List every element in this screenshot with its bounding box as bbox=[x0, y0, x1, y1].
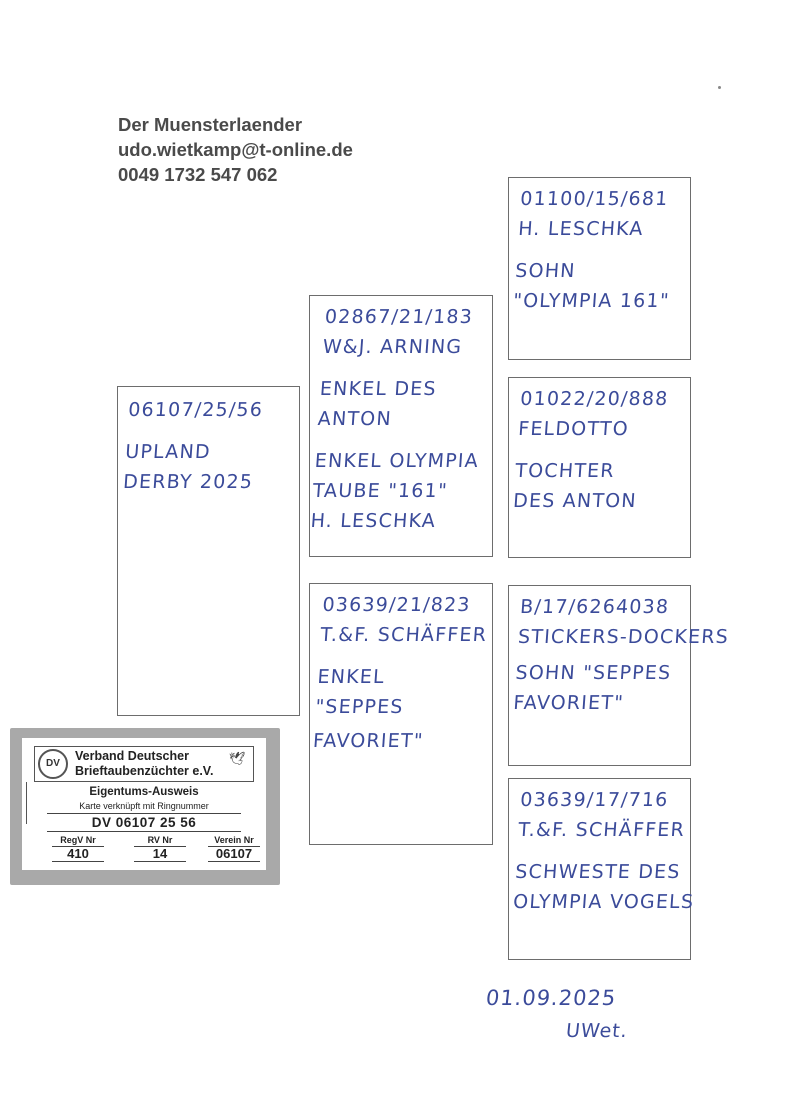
ring-number: 03639/21/823 bbox=[321, 590, 497, 620]
note-line: ANTON bbox=[317, 404, 493, 434]
note-line: SOHN bbox=[514, 256, 689, 286]
breeder: STICKERS-DOCKERS bbox=[517, 622, 692, 652]
card-title: Eigentums-Ausweis bbox=[22, 786, 266, 798]
card-ring-number: DV 06107 25 56 bbox=[47, 813, 241, 832]
pedigree-box-mother-father: B/17/6264038 STICKERS-DOCKERS SOHN "SEPP… bbox=[508, 585, 691, 766]
signature: UWet. bbox=[565, 1020, 629, 1042]
contact-header: Der Muensterlaender udo.wietkamp@t-onlin… bbox=[118, 112, 353, 187]
association-line: Brieftaubenzüchter e.V. bbox=[75, 764, 213, 779]
ring-number: 06107/25/56 bbox=[127, 395, 302, 425]
note-line: ENKEL DES bbox=[319, 374, 495, 404]
card-header: DV Verband Deutscher Brieftaubenzüchter … bbox=[34, 746, 254, 782]
note-line: FAVORIET" bbox=[512, 688, 687, 718]
note-line: "OLYMPIA 161" bbox=[512, 286, 687, 316]
note-line: DES ANTON bbox=[512, 486, 687, 516]
breeder: H. LESCHKA bbox=[517, 214, 692, 244]
note-line: TAUBE "161" bbox=[312, 476, 488, 506]
pedigree-box-mother: 03639/21/823 T.&F. SCHÄFFER ENKEL "SEPPE… bbox=[309, 583, 493, 845]
pedigree-box-father-father: 01100/15/681 H. LESCHKA SOHN "OLYMPIA 16… bbox=[508, 177, 691, 360]
regv-label: RegV Nr bbox=[52, 835, 104, 845]
pigeon-emblem-icon: 🕊 bbox=[229, 752, 249, 766]
note-line: SCHWESTE DES bbox=[514, 857, 689, 887]
pedigree-box-father-mother: 01022/20/888 FELDOTTO TOCHTER DES ANTON bbox=[508, 377, 691, 558]
ring-number: 03639/17/716 bbox=[519, 785, 694, 815]
ring-number: B/17/6264038 bbox=[519, 592, 694, 622]
phone: 0049 1732 547 062 bbox=[118, 162, 353, 187]
pedigree-box-mother-mother: 03639/17/716 T.&F. SCHÄFFER SCHWESTE DES… bbox=[508, 778, 691, 960]
scan-speck bbox=[718, 86, 721, 89]
breeder: T.&F. SCHÄFFER bbox=[319, 620, 495, 650]
email: udo.wietkamp@t-online.de bbox=[118, 137, 353, 162]
note-line: FAVORIET" bbox=[312, 726, 488, 756]
ring-number: 01022/20/888 bbox=[519, 384, 694, 414]
verein-label: Verein Nr bbox=[208, 835, 260, 845]
breeder: W&J. ARNING bbox=[322, 332, 498, 362]
association-line: Verband Deutscher bbox=[75, 749, 213, 764]
card-subtitle: Karte verknüpft mit Ringnummer bbox=[22, 801, 266, 811]
loft-name: Der Muensterlaender bbox=[118, 112, 353, 137]
note-line: H. LESCHKA bbox=[310, 506, 486, 536]
note-line: ENKEL bbox=[316, 662, 492, 692]
note-line: ENKEL OLYMPIA bbox=[314, 446, 490, 476]
note-line: SOHN "SEPPES bbox=[514, 658, 689, 688]
date: 01.09.2025 bbox=[485, 986, 618, 1010]
breeder: T.&F. SCHÄFFER bbox=[517, 815, 692, 845]
verein-value: 06107 bbox=[208, 846, 260, 862]
note-line: OLYMPIA VOGELS bbox=[512, 887, 687, 917]
regv-value: 410 bbox=[52, 846, 104, 862]
rv-label: RV Nr bbox=[134, 835, 186, 845]
ownership-card: DV Verband Deutscher Brieftaubenzüchter … bbox=[10, 728, 280, 885]
note-line: "SEPPES bbox=[314, 692, 490, 722]
association-logo-icon: DV bbox=[38, 749, 68, 779]
pedigree-box-subject: 06107/25/56 UPLAND DERBY 2025 bbox=[117, 386, 300, 716]
note-line: TOCHTER bbox=[514, 456, 689, 486]
note-line: DERBY 2025 bbox=[122, 467, 297, 497]
ring-number: 01100/15/681 bbox=[519, 184, 694, 214]
breeder: FELDOTTO bbox=[517, 414, 692, 444]
rv-value: 14 bbox=[134, 846, 186, 862]
association-name: Verband Deutscher Brieftaubenzüchter e.V… bbox=[75, 749, 213, 779]
ring-number: 02867/21/183 bbox=[324, 302, 500, 332]
note-line: UPLAND bbox=[124, 437, 299, 467]
pedigree-box-father: 02867/21/183 W&J. ARNING ENKEL DES ANTON… bbox=[309, 295, 493, 557]
